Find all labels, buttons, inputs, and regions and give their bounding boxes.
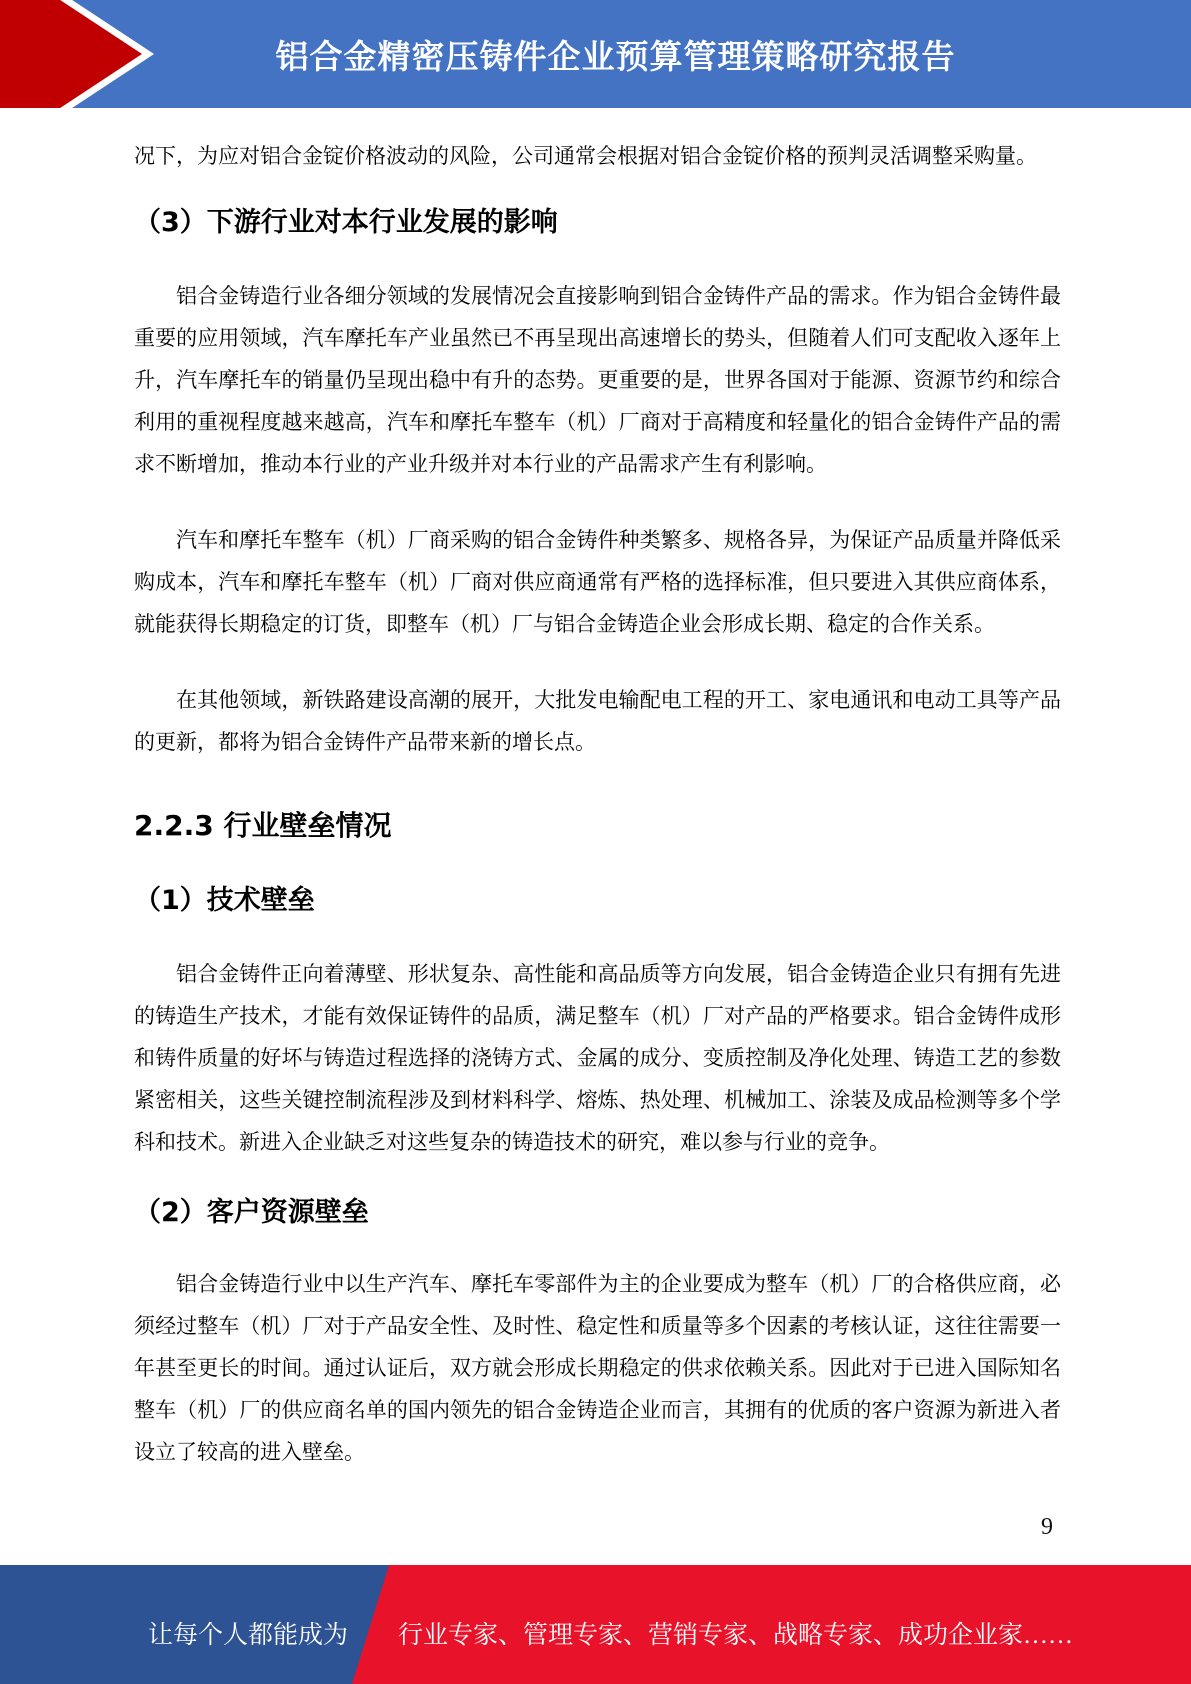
heading-downstream-impact: （3）下游行业对本行业发展的影响 [134,203,1061,243]
heading-customer-barrier: （2）客户资源壁垒 [134,1193,1061,1233]
paragraph-technical-barrier: 铝合金铸件正向着薄壁、形状复杂、高性能和高品质等方向发展，铝合金铸造企业只有拥有… [134,953,1061,1163]
paragraph-downstream-1: 铝合金铸造行业各细分领域的发展情况会直接影响到铝合金铸件产品的需求。作为铝合金铸… [134,275,1061,485]
report-title: 铝合金精密压铸件企业预算管理策略研究报告 [160,0,1071,108]
heading-industry-barriers: 2.2.3 行业壁垒情况 [134,805,1061,847]
paragraph-continuation: 况下，为应对铝合金锭价格波动的风险，公司通常会根据对铝合金锭价格的预判灵活调整采… [134,135,1061,177]
paragraph-downstream-3: 在其他领域，新铁路建设高潮的展开，大批发电输配电工程的开工、家电通讯和电动工具等… [134,679,1061,763]
paragraph-downstream-2: 汽车和摩托车整车（机）厂商采购的铝合金铸件种类繁多、规格各异，为保证产品质量并降… [134,519,1061,645]
footer-slogan-right: 行业专家、管理专家、营销专家、战略专家、成功企业家…… [398,1623,1073,1649]
heading-technical-barrier: （1）技术壁垒 [134,881,1061,921]
chevron-arrow-icon [0,0,180,108]
footer-banner: 让每个人都能成为 行业专家、管理专家、营销专家、战略专家、成功企业家…… [0,1565,1191,1684]
page-number: 9 [1041,1512,1053,1542]
footer-slogan-left: 让每个人都能成为 [148,1623,348,1649]
document-body: 况下，为应对铝合金锭价格波动的风险，公司通常会根据对铝合金锭价格的预判灵活调整采… [134,108,1061,1473]
header-banner: 铝合金精密压铸件企业预算管理策略研究报告 [0,0,1191,108]
paragraph-customer-barrier: 铝合金铸造行业中以生产汽车、摩托车零部件为主的企业要成为整车（机）厂的合格供应商… [134,1263,1061,1473]
report-page: 铝合金精密压铸件企业预算管理策略研究报告 况下，为应对铝合金锭价格波动的风险，公… [0,0,1191,1684]
